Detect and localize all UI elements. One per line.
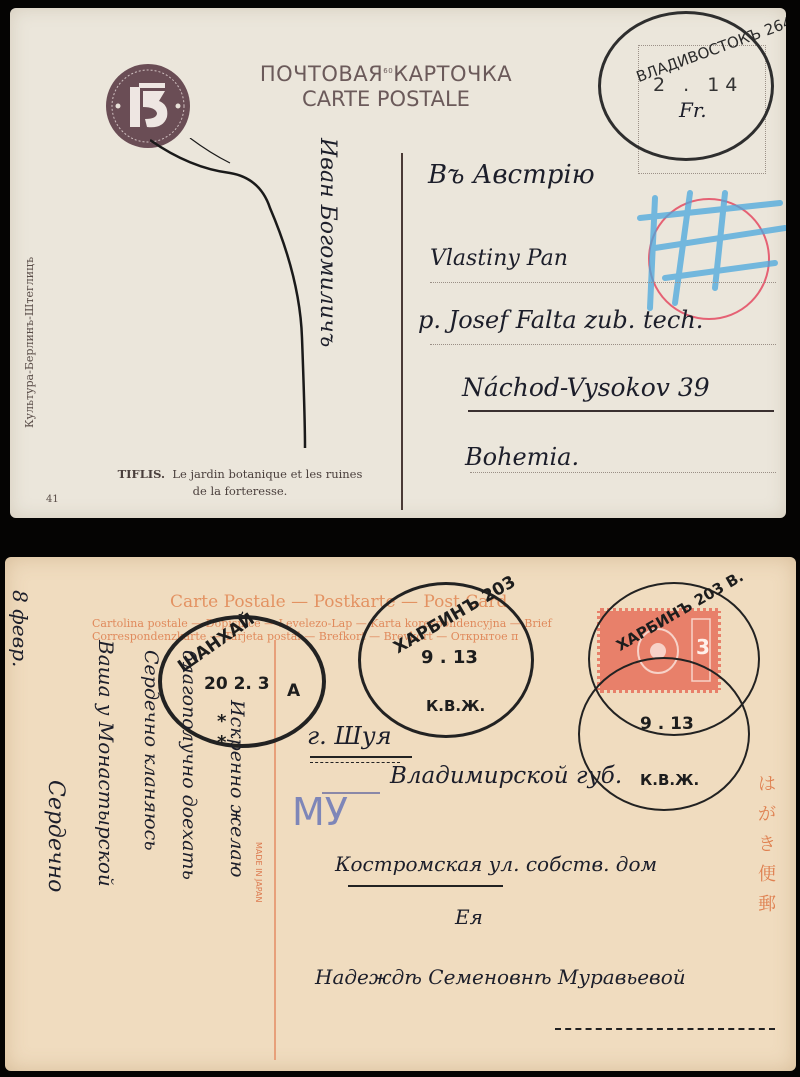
- crayon-cross-mark: [635, 188, 786, 318]
- handwritten-date: 8 февр.: [8, 590, 32, 667]
- handwritten-signature: Сердечно: [43, 780, 68, 892]
- underline: [468, 410, 774, 412]
- address-line: p. Josef Falta zub. tech.: [418, 306, 703, 334]
- heading-russian: ПОЧТОВАЯ60КАРТОЧКА: [246, 58, 526, 87]
- address-line: Vlastiny Pan: [430, 246, 568, 271]
- postcard-top: ПОЧТОВАЯ60КАРТОЧКА CARTE POSTALE Культур…: [10, 8, 786, 518]
- heading-french: CARTE POSTALE: [246, 86, 526, 112]
- message-line: благополучно доехать: [178, 650, 200, 880]
- harbin-postmark: ХАРБИНЪ 203 9 . 13 К.В.Ж.: [358, 582, 534, 738]
- address-line: Въ Австрію: [428, 160, 595, 190]
- card-number: 41: [46, 494, 59, 505]
- address-line: Надеждѣ Семеновнѣ Муравьевой: [315, 965, 686, 989]
- address-divider: [401, 153, 403, 510]
- message-line: Искренно желаю: [226, 700, 248, 877]
- made-in-japan-label: MADE IN JAPAN: [254, 840, 263, 904]
- address-line: Bohemia.: [465, 443, 579, 471]
- publisher-imprint: Культура-Берлинъ-Штеглицъ: [23, 257, 36, 428]
- handwritten-signature: Иван Богомиличъ: [315, 138, 340, 347]
- address-line: Náchod-Vysokov 39: [462, 373, 710, 402]
- address-line: Ея: [455, 905, 483, 929]
- message-line: Сердечно кланяюсь: [140, 650, 162, 851]
- message-line: Ваша у Монастырской: [94, 640, 118, 887]
- address-line: г. Шуя: [307, 722, 392, 750]
- japanese-text: はがき便郵: [758, 770, 780, 920]
- pencil-note: МУ: [292, 790, 348, 834]
- address-line: Владимирской губ.: [390, 763, 622, 789]
- vladivostok-postmark: ВЛАДИВОСТОКЪ 264 ... С.Н.Ч. Ж. 2 . 14 Fr…: [598, 11, 774, 161]
- address-line: Костромская ул. собств. дом: [335, 852, 657, 876]
